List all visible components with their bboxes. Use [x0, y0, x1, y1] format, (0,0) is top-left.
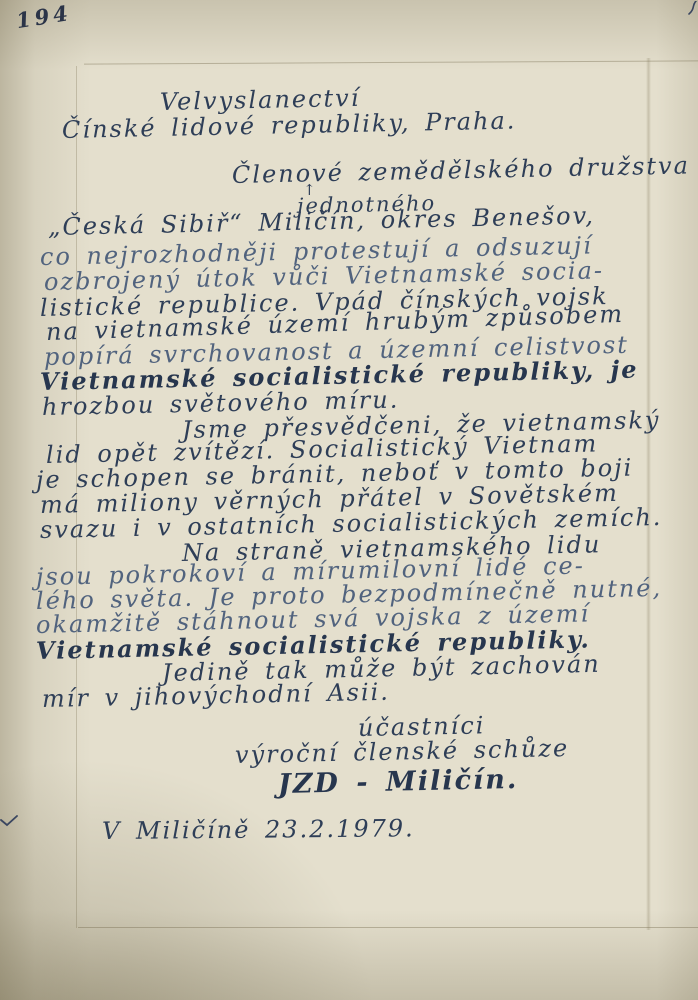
handwritten-line-signature: výroční členské schůze — [235, 734, 570, 769]
handwritten-line-date-place: V Miličíně 23.2.1979. — [102, 814, 415, 845]
scanned-letter-page: 194 Velvyslanectví Čínské lidové republi… — [0, 0, 698, 1000]
paper-crease-line — [646, 58, 651, 930]
ink-squiggle-icon — [686, 0, 698, 19]
handwritten-line-signature: JZD - Miličín. — [278, 764, 519, 800]
check-stroke-icon — [0, 812, 18, 831]
page-number: 194 — [14, 0, 73, 33]
sheet-bottom-edge-line — [78, 927, 698, 928]
handwritten-line: Členové zemědělského družstva — [232, 151, 690, 189]
handwritten-line: Čínské lidové republiky, Praha. — [62, 106, 517, 144]
sheet-top-edge-line — [84, 60, 698, 64]
handwritten-line: mír v jihovýchodní Asii. — [42, 678, 390, 713]
